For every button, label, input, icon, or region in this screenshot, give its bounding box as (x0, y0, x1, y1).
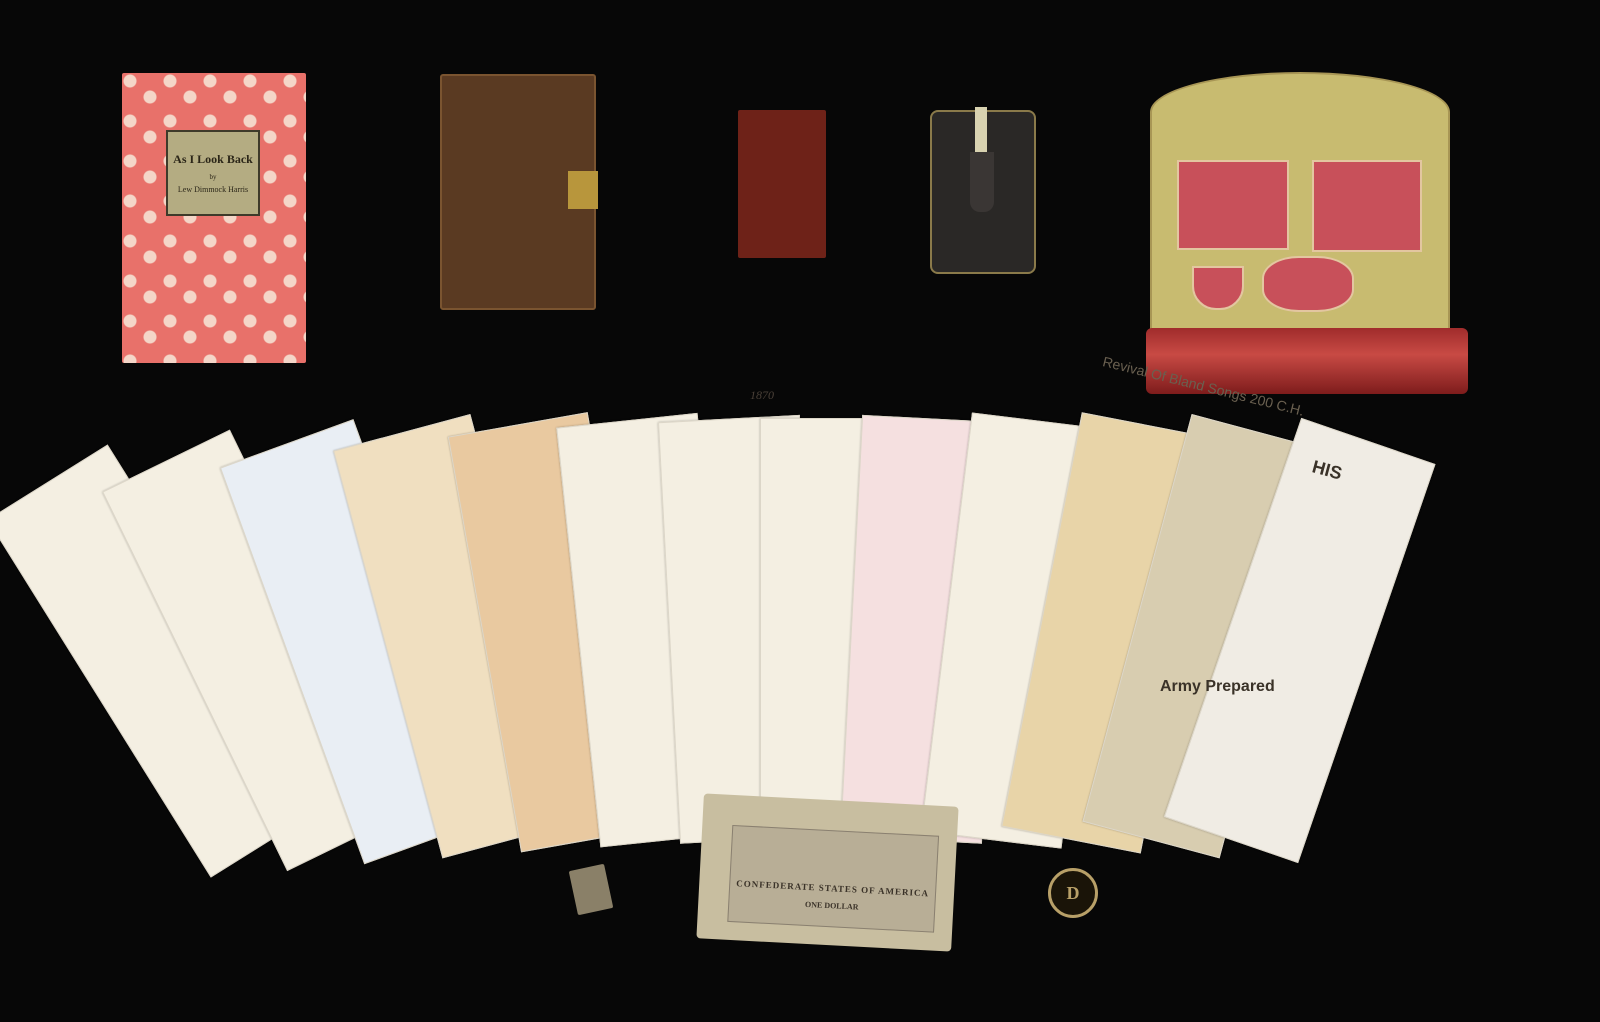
housewife-sewing-wallet (1150, 72, 1450, 336)
confederate-note: CONFEDERATE STATES OF AMERICA ONE DOLLAR (727, 825, 939, 933)
book-as-i-look-back: As I Look Back by Lew Dimmock Harris (122, 73, 306, 363)
small-red-book (738, 110, 826, 258)
case-tab (970, 152, 994, 212)
leather-bible-with-clasp (440, 74, 596, 310)
book-label: As I Look Back by Lew Dimmock Harris (166, 130, 260, 216)
leather-case (930, 110, 1036, 274)
wallet-pocket (1192, 266, 1244, 310)
brass-clasp (568, 171, 598, 209)
wallet-pocket (1262, 256, 1354, 312)
clipping-headline: Army Prepared (1160, 678, 1275, 696)
clipping-headline: Revival Of Bland Songs 200 C.H. (1101, 353, 1306, 419)
confederate-currency-stack: CONFEDERATE STATES OF AMERICA ONE DOLLAR (696, 793, 958, 951)
insignia-button: D (1048, 868, 1098, 918)
wallet-pocket (1312, 160, 1422, 252)
case-strap (975, 107, 987, 157)
wallet-pocket (1177, 160, 1289, 250)
letter-date: 1870 (750, 388, 774, 403)
